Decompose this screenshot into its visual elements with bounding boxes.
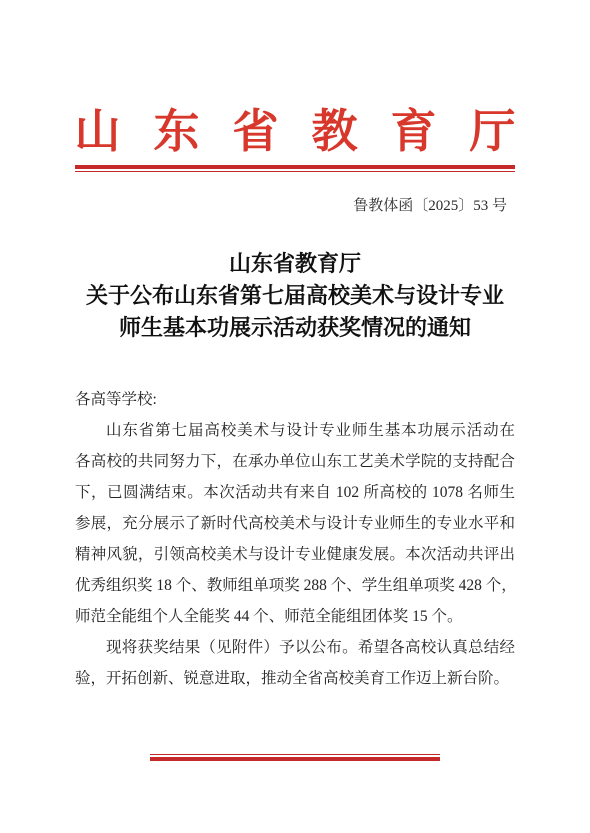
document-page: 山东省教育厅 鲁教体函〔2025〕53 号 山东省教育厅 关于公布山东省第七届高… <box>0 0 590 833</box>
body-line: 精神风貌，引领高校美术与设计专业健康发展。本次活动共评出 <box>75 539 515 570</box>
body-line: 师范全能组个人全能奖 44 个、师范全能组团体奖 15 个。 <box>75 601 515 632</box>
body-line: 山东省第七届高校美术与设计专业师生基本功展示活动在 <box>75 415 515 446</box>
body-line: 下，已圆满结束。本次活动共有来自 102 所高校的 1078 名师生 <box>75 477 515 508</box>
paragraph-2: 现将获奖结果（见附件）予以公布。希望各高校认真总结经 验，开拓创新、锐意进取，推… <box>75 632 515 694</box>
document-body: 各高等学校: 山东省第七届高校美术与设计专业师生基本功展示活动在 各高校的共同努… <box>75 384 515 694</box>
title-line-3: 师生基本功展示活动获奖情况的通知 <box>0 312 590 344</box>
letterhead-agency-name: 山东省教育厅 <box>0 109 590 155</box>
document-number: 鲁教体函〔2025〕53 号 <box>75 196 507 216</box>
body-line: 现将获奖结果（见附件）予以公布。希望各高校认真总结经 <box>75 632 515 663</box>
document-title: 山东省教育厅 关于公布山东省第七届高校美术与设计专业 师生基本功展示活动获奖情况… <box>0 248 590 344</box>
paragraph-1: 山东省第七届高校美术与设计专业师生基本功展示活动在 各高校的共同努力下，在承办单… <box>75 415 515 632</box>
footer-rule <box>150 754 440 761</box>
title-line-1: 山东省教育厅 <box>0 248 590 280</box>
letterhead-rule-thin <box>75 171 515 172</box>
body-line: 优秀组织奖 18 个、教师组单项奖 288 个、学生组单项奖 428 个， <box>75 570 515 601</box>
body-line: 参展，充分展示了新时代高校美术与设计专业师生的专业水平和 <box>75 508 515 539</box>
footer-rule-thick <box>150 757 440 761</box>
agency-name-text: 山东省教育厅 <box>75 106 549 157</box>
salutation: 各高等学校: <box>75 384 515 415</box>
body-line: 各高校的共同努力下，在承办单位山东工艺美术学院的支持配合 <box>75 446 515 477</box>
letterhead-rule <box>75 165 515 172</box>
body-line: 验，开拓创新、锐意进取，推动全省高校美育工作迈上新台阶。 <box>75 663 515 694</box>
title-line-2: 关于公布山东省第七届高校美术与设计专业 <box>0 280 590 312</box>
